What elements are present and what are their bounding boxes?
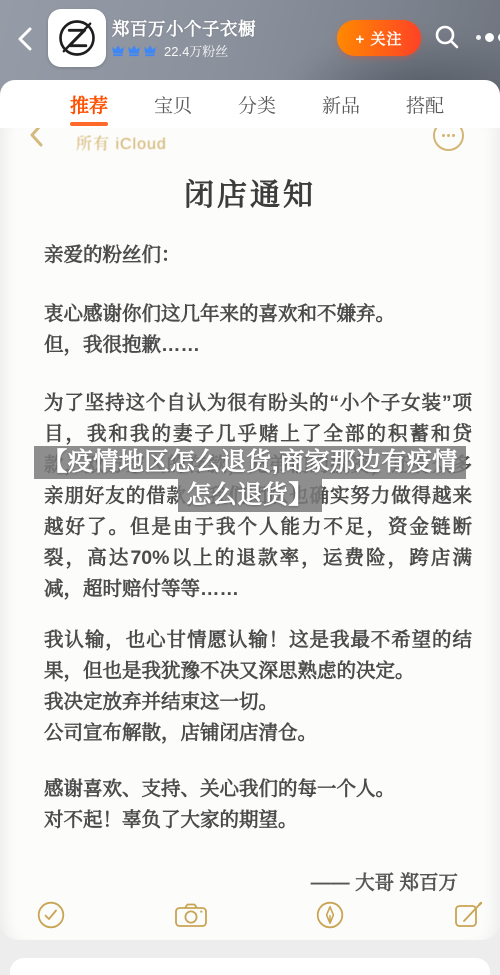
caption-line: 怎么退货】	[178, 479, 322, 512]
closure-notice-media[interactable]: 所有 iCloud 闭店通知 亲爱的粉丝们： 衷心感谢你们这几年来的喜欢和不嫌弃…	[0, 128, 500, 940]
tab-recommend[interactable]: 推荐	[70, 91, 108, 128]
notice-paragraph: 亲爱的粉丝们：	[44, 240, 472, 271]
notes-more-icon	[433, 128, 464, 151]
notice-paragraph: 我决定放弃并结束这一切。	[44, 687, 472, 718]
notice-title: 闭店通知	[0, 170, 500, 214]
search-icon	[432, 22, 462, 52]
notice-paragraph: 但，我很抱歉……	[44, 330, 472, 361]
notice-paragraph: 我认输，也心甘情愿认输！这是我最不希望的结果，但也是我犹豫不决又深思熟虑的决定。	[44, 625, 472, 687]
dot-icon	[485, 33, 494, 42]
compose-icon	[452, 900, 484, 930]
crown-icon	[111, 44, 125, 57]
next-feed-card[interactable]	[10, 958, 490, 975]
store-subline: 22.4万粉丝	[111, 41, 228, 60]
tab-new[interactable]: 新品	[322, 91, 360, 128]
tab-outfits[interactable]: 搭配	[406, 91, 444, 128]
notice-body: 亲爱的粉丝们： 衷心感谢你们这几年来的喜欢和不嫌弃。 但，我很抱歉…… 为了坚持…	[44, 240, 472, 899]
notice-paragraph: 公司宣布解散，店铺闭店清仓。	[44, 718, 472, 749]
store-logo[interactable]	[48, 9, 106, 67]
notes-back-chevron-icon	[28, 128, 46, 148]
store-page: 郑百万小个子衣橱 22.4万粉丝 + 关注	[0, 0, 500, 975]
tab-card: 推荐 宝贝 分类 新品 搭配	[0, 80, 500, 128]
follow-button[interactable]: + 关注	[337, 20, 421, 56]
video-caption-overlay: 【疫情地区怎么退货,商家那边有疫情 怎么退货】	[0, 446, 500, 512]
notice-paragraph: 衷心感谢你们这几年来的喜欢和不嫌弃。	[44, 299, 472, 330]
dot-icon	[476, 35, 481, 40]
followers-count: 22.4万粉丝	[164, 41, 228, 60]
search-button[interactable]	[432, 22, 462, 52]
back-button[interactable]	[14, 24, 40, 54]
tab-bar: 推荐 宝贝 分类 新品 搭配	[0, 80, 500, 128]
store-name: 郑百万小个子衣橱	[112, 16, 256, 41]
camera-icon	[173, 900, 209, 930]
chevron-left-icon	[14, 24, 38, 54]
crown-icon	[127, 44, 141, 57]
notes-toolbar	[0, 890, 500, 940]
tab-items[interactable]: 宝贝	[154, 91, 192, 128]
caption-line: 【疫情地区怎么退货,商家那边有疫情	[34, 446, 465, 479]
notes-back-label: 所有 iCloud	[76, 131, 167, 154]
notice-paragraph: 对不起！辜负了大家的期望。	[44, 805, 472, 836]
markup-pen-icon	[315, 900, 345, 930]
more-menu-button[interactable]	[476, 33, 500, 42]
checklist-icon	[36, 900, 66, 930]
crown-icon	[143, 44, 157, 57]
notice-paragraph: 感谢喜欢、支持、关心我们的每一个人。	[44, 774, 472, 805]
store-logo-icon	[55, 16, 99, 60]
tab-categories[interactable]: 分类	[238, 91, 276, 128]
